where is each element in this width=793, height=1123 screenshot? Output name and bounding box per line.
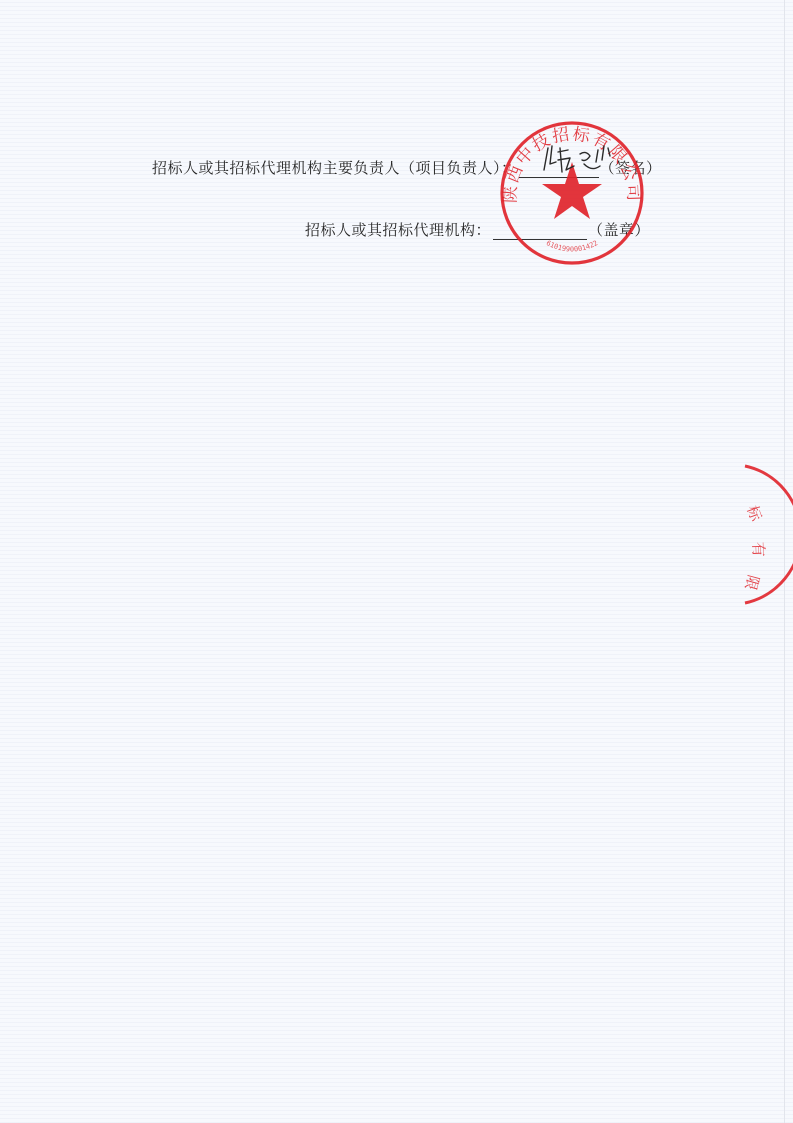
responsible-person-label: 招标人或其招标代理机构主要负责人（项目负责人）： [152, 159, 517, 177]
stamp-suffix: （盖章） [588, 221, 650, 239]
company-seal-icon: 陕西中技招标有限公司 6101990001422 [497, 118, 647, 268]
signature-field [519, 161, 599, 178]
partial-seal-icon: 标 有 限 [725, 462, 793, 607]
signature-suffix: （签名） [600, 159, 662, 177]
svg-text:6101990001422: 6101990001422 [545, 239, 599, 253]
svg-text:标: 标 [743, 503, 765, 524]
document-page: 招标人或其招标代理机构主要负责人（项目负责人）：（签名） 招标人或其招标代理机构… [0, 0, 793, 1123]
page-edge [784, 0, 785, 1123]
agency-stamp-line: 招标人或其招标代理机构：（盖章） [305, 219, 650, 240]
stamp-field [493, 223, 587, 240]
svg-text:有: 有 [749, 542, 768, 558]
agency-label: 招标人或其招标代理机构： [305, 221, 491, 239]
responsible-person-signature-line: 招标人或其招标代理机构主要负责人（项目负责人）：（签名） [152, 157, 662, 178]
svg-text:限: 限 [741, 573, 762, 592]
